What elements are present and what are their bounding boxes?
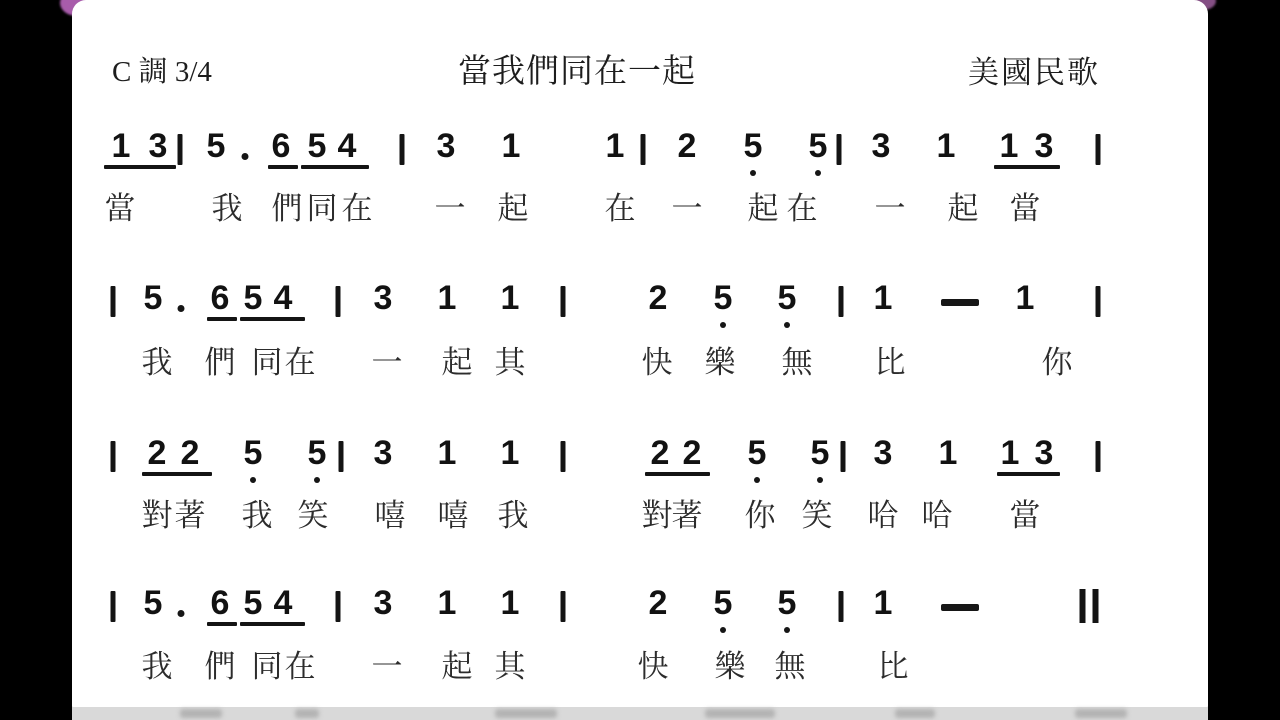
- note-digit: 6: [211, 281, 230, 315]
- low-octave-dot: [815, 170, 821, 176]
- note-digit: 1: [501, 586, 520, 620]
- note-digit: 5: [778, 281, 797, 315]
- lyric-char: 笑: [298, 500, 329, 532]
- notation-layer: C 調 3/4 當我們同在一起 美國民歌 1356543112553113當我們…: [0, 0, 1280, 720]
- video-frame: C 調 3/4 當我們同在一起 美國民歌 1356543112553113當我們…: [0, 0, 1280, 720]
- note-digit: 2: [649, 586, 668, 620]
- note-digit: 3: [374, 281, 393, 315]
- low-octave-dot: [720, 322, 726, 328]
- lyric-char: 一: [372, 651, 403, 683]
- lyric-char: 無: [782, 347, 813, 379]
- eighth-note-underline: [207, 622, 237, 626]
- barline: [561, 286, 566, 317]
- lyric-char: 在: [285, 651, 316, 683]
- lyric-char: 對: [642, 500, 673, 532]
- lyric-char: 其: [495, 347, 526, 379]
- lyric-char: 快: [642, 347, 673, 379]
- note-digit: 5: [744, 129, 763, 163]
- song-title: 當我們同在一起: [458, 54, 696, 90]
- note-digit: 4: [274, 586, 293, 620]
- lyric-char: 起: [748, 193, 779, 225]
- note-digit: 5: [714, 281, 733, 315]
- key-and-time-signature: C 調 3/4: [112, 57, 212, 89]
- note-digit: 4: [338, 129, 357, 163]
- lyric-char: 嘻: [375, 500, 406, 532]
- artifact-mark: [295, 709, 319, 718]
- note-digit: 1: [502, 129, 521, 163]
- low-octave-dot: [314, 477, 320, 483]
- note-digit: 2: [651, 436, 670, 470]
- note-digit: 2: [678, 129, 697, 163]
- lyric-char: 哈: [868, 500, 899, 532]
- eighth-note-underline: [301, 165, 369, 169]
- low-octave-dot: [720, 627, 726, 633]
- note-digit: 1: [1001, 436, 1020, 470]
- artifact-mark: [705, 709, 775, 718]
- note-digit: 3: [1035, 436, 1054, 470]
- note-digit: 5: [144, 281, 163, 315]
- note-digit: 1: [874, 281, 893, 315]
- note-digit: 1: [438, 281, 457, 315]
- held-note-dash: [941, 604, 979, 611]
- artifact-mark: [1075, 709, 1127, 718]
- barline: [561, 591, 566, 622]
- lyric-char: 當: [1010, 500, 1041, 532]
- low-octave-dot: [754, 477, 760, 483]
- note-digit: 5: [308, 129, 327, 163]
- note-digit: 2: [683, 436, 702, 470]
- lyric-char: 在: [787, 193, 818, 225]
- eighth-note-underline: [207, 317, 237, 321]
- note-digit: 1: [501, 281, 520, 315]
- note-digit: 1: [939, 436, 958, 470]
- low-octave-dot: [784, 322, 790, 328]
- note-digit: 5: [811, 436, 830, 470]
- lyric-char: 同: [252, 347, 283, 379]
- lyric-char: 起: [442, 347, 473, 379]
- note-digit: 5: [778, 586, 797, 620]
- lyric-char: 哈: [922, 500, 953, 532]
- low-octave-dot: [784, 627, 790, 633]
- eighth-note-underline: [268, 165, 298, 169]
- barline: [111, 591, 116, 622]
- lyric-char: 同: [252, 651, 283, 683]
- lyric-char: 對: [142, 500, 173, 532]
- lyric-char: 起: [498, 193, 529, 225]
- barline: [561, 441, 566, 472]
- lyric-char: 樂: [705, 347, 736, 379]
- note-digit: 2: [148, 436, 167, 470]
- barline: [400, 134, 405, 165]
- lyric-char: 其: [495, 651, 526, 683]
- note-digit: 1: [1016, 281, 1035, 315]
- barline: [1096, 441, 1101, 472]
- low-octave-dot: [750, 170, 756, 176]
- barline: [1096, 286, 1101, 317]
- lyric-char: 快: [638, 651, 669, 683]
- song-credit: 美國民歌: [968, 56, 1100, 90]
- lyric-char: 你: [745, 500, 776, 532]
- barline: [841, 441, 846, 472]
- barline: [336, 591, 341, 622]
- note-digit: 1: [874, 586, 893, 620]
- low-octave-dot: [817, 477, 823, 483]
- lyric-char: 當: [1010, 193, 1041, 225]
- note-digit: 3: [872, 129, 891, 163]
- lyric-char: 笑: [802, 500, 833, 532]
- lyric-char: 嘻: [438, 500, 469, 532]
- note-digit: 1: [112, 129, 131, 163]
- eighth-note-underline: [994, 165, 1060, 169]
- note-digit: 3: [1035, 129, 1054, 163]
- note-digit: 1: [937, 129, 956, 163]
- duration-dot: [242, 153, 249, 160]
- barline: [339, 441, 344, 472]
- held-note-dash: [941, 299, 979, 306]
- artifact-mark: [180, 709, 222, 718]
- bottom-artifact-strip: [72, 707, 1208, 720]
- note-digit: 3: [374, 436, 393, 470]
- note-digit: 3: [149, 129, 168, 163]
- eighth-note-underline: [240, 622, 305, 626]
- lyric-char: 起: [442, 651, 473, 683]
- duration-dot: [178, 610, 185, 617]
- note-digit: 5: [308, 436, 327, 470]
- artifact-mark: [495, 709, 557, 718]
- lyric-char: 我: [142, 347, 173, 379]
- note-digit: 1: [501, 436, 520, 470]
- lyric-char: 在: [285, 347, 316, 379]
- lyric-char: 們: [205, 347, 236, 379]
- note-digit: 5: [144, 586, 163, 620]
- note-digit: 4: [274, 281, 293, 315]
- note-digit: 6: [272, 129, 291, 163]
- barline: [641, 134, 646, 165]
- note-digit: 5: [244, 436, 263, 470]
- lyric-char: 樂: [715, 651, 746, 683]
- barline: [837, 134, 842, 165]
- lyric-char: 我: [498, 500, 529, 532]
- eighth-note-underline: [997, 472, 1060, 476]
- note-digit: 5: [809, 129, 828, 163]
- lyric-char: 們: [272, 193, 303, 225]
- lyric-char: 著: [175, 500, 206, 532]
- eighth-note-underline: [645, 472, 710, 476]
- lyric-char: 比: [875, 347, 906, 379]
- note-digit: 3: [874, 436, 893, 470]
- lyric-char: 一: [435, 193, 466, 225]
- eighth-note-underline: [240, 317, 305, 321]
- barline: [1096, 134, 1101, 165]
- lyric-char: 一: [672, 193, 703, 225]
- barline: [111, 441, 116, 472]
- lyric-char: 比: [878, 651, 909, 683]
- note-digit: 3: [374, 586, 393, 620]
- barline: [839, 591, 844, 622]
- lyric-char: 在: [605, 193, 636, 225]
- barline: [336, 286, 341, 317]
- artifact-mark: [895, 709, 935, 718]
- duration-dot: [178, 305, 185, 312]
- note-digit: 5: [207, 129, 226, 163]
- eighth-note-underline: [104, 165, 176, 169]
- note-digit: 1: [438, 586, 457, 620]
- lyric-char: 我: [212, 193, 243, 225]
- lyric-char: 一: [372, 347, 403, 379]
- low-octave-dot: [250, 477, 256, 483]
- eighth-note-underline: [142, 472, 212, 476]
- lyric-char: 無: [775, 651, 806, 683]
- note-digit: 2: [649, 281, 668, 315]
- note-digit: 2: [181, 436, 200, 470]
- barline: [111, 286, 116, 317]
- lyric-char: 一: [875, 193, 906, 225]
- note-digit: 6: [211, 586, 230, 620]
- note-digit: 1: [606, 129, 625, 163]
- lyric-char: 我: [242, 500, 273, 532]
- note-digit: 1: [438, 436, 457, 470]
- barline: [839, 286, 844, 317]
- final-double-barline: [1080, 589, 1099, 623]
- lyric-char: 當: [105, 193, 136, 225]
- note-digit: 5: [244, 586, 263, 620]
- note-digit: 5: [244, 281, 263, 315]
- barline: [178, 134, 183, 165]
- note-digit: 3: [437, 129, 456, 163]
- lyric-char: 著: [672, 500, 703, 532]
- note-digit: 1: [1000, 129, 1019, 163]
- lyric-char: 們: [205, 651, 236, 683]
- lyric-char: 你: [1042, 347, 1073, 379]
- note-digit: 5: [748, 436, 767, 470]
- lyric-char: 在: [342, 193, 373, 225]
- lyric-char: 同: [307, 193, 338, 225]
- lyric-char: 我: [142, 651, 173, 683]
- note-digit: 5: [714, 586, 733, 620]
- lyric-char: 起: [948, 193, 979, 225]
